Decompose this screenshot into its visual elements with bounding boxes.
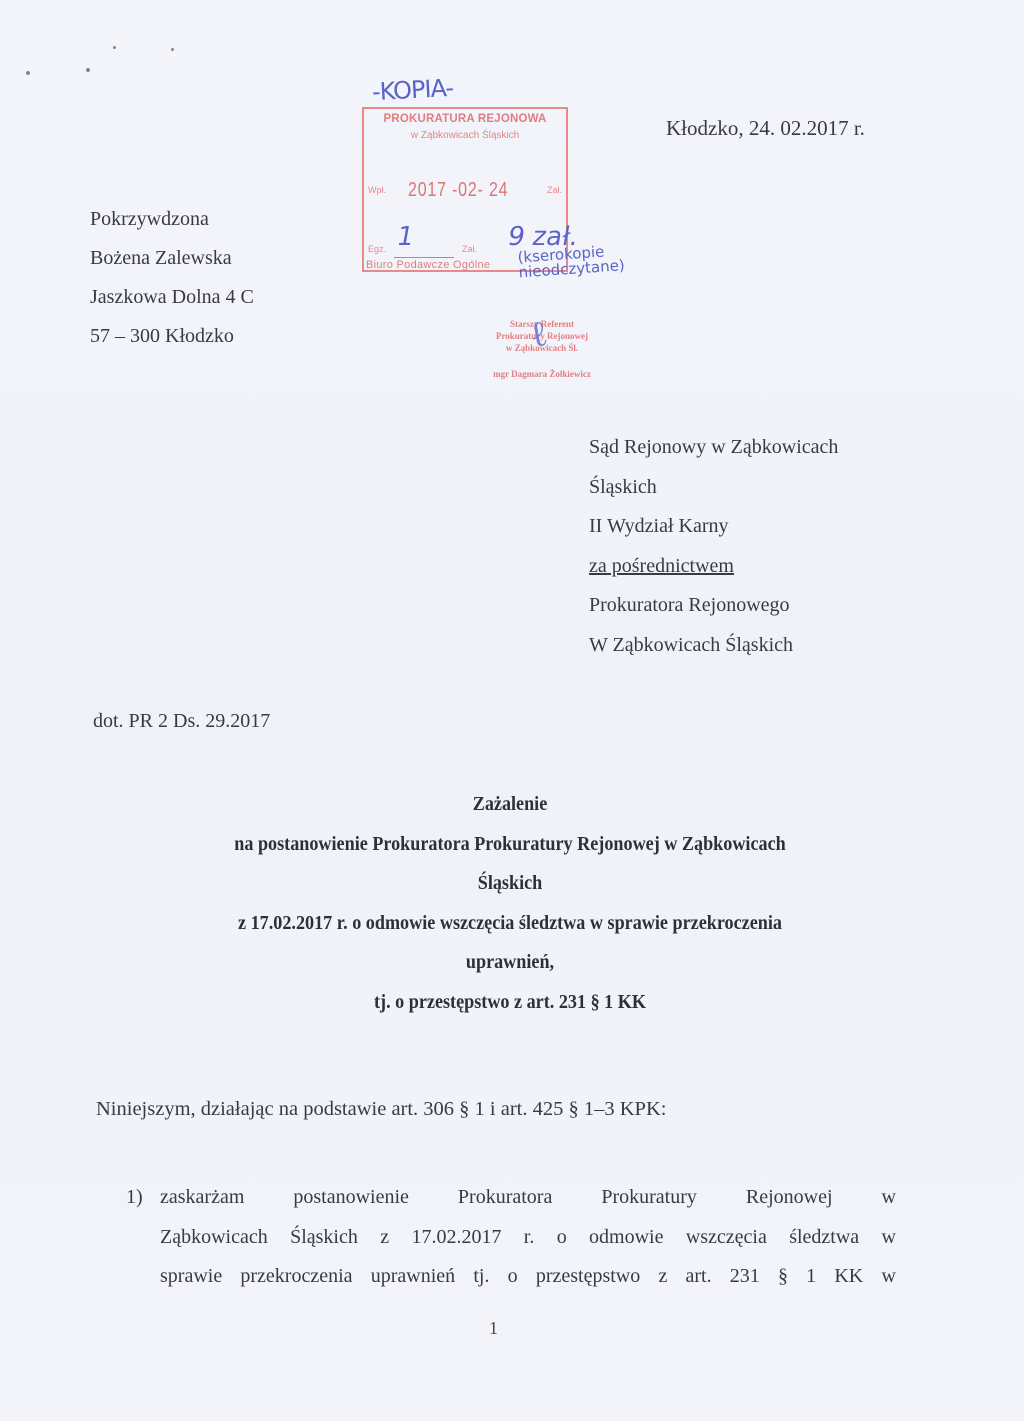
recipient-line: Śląskich xyxy=(589,468,838,508)
word: w xyxy=(882,1178,896,1218)
title-line: uprawnień, xyxy=(129,943,892,983)
list-item-line: zaskarżampostanowienieProkuratoraProkura… xyxy=(160,1178,896,1218)
scanned-page: -KOPIA- PROKURATURA REJONOWA w Ząbkowica… xyxy=(0,0,1024,1421)
signature-stamp: Starszy Referent Prokuratury Rejonowej w… xyxy=(468,318,616,380)
copy-mark: -KOPIA- xyxy=(371,74,453,106)
scan-speck xyxy=(86,68,90,72)
intro-paragraph: Niniejszym, działając na podstawie art. … xyxy=(96,1098,666,1121)
sender-name: Bożena Zalewska xyxy=(90,239,254,278)
stamp-received-label: Wpł. xyxy=(368,185,386,195)
word: § xyxy=(778,1257,788,1297)
sender-city: 57 – 300 Kłodzko xyxy=(90,317,254,356)
word: o xyxy=(557,1218,567,1258)
word: przestępstwo xyxy=(536,1257,640,1297)
recipient-line: Prokuratora Rejonowego xyxy=(589,586,838,626)
title-line: tj. o przestępstwo z art. 231 § 1 KK xyxy=(129,983,892,1023)
stamp-received-date: 2017 -02- 24 xyxy=(408,179,508,202)
page-number: 1 xyxy=(489,1318,498,1339)
stamp-attachments-label: Zał. xyxy=(547,185,562,195)
scan-speck xyxy=(26,71,30,75)
signature-line: mgr Dagmara Żołkiewicz xyxy=(468,368,616,380)
word: tj. xyxy=(473,1257,489,1297)
stamp-attachments-label-2: Zał. xyxy=(462,244,477,254)
sender-street: Jaszkowa Dolna 4 C xyxy=(90,278,254,317)
word: z xyxy=(380,1218,389,1258)
word: odmowie xyxy=(589,1218,663,1258)
case-reference: dot. PR 2 Ds. 29.2017 xyxy=(93,710,270,733)
recipient-block: Sąd Rejonowy w Ząbkowicach Śląskich II W… xyxy=(589,428,838,665)
word: KK xyxy=(834,1257,863,1297)
numbered-list: 1) zaskarżampostanowienieProkuratoraProk… xyxy=(126,1178,896,1297)
word: Prokuratury xyxy=(601,1178,697,1218)
word: r. xyxy=(524,1218,535,1258)
word: przekroczenia xyxy=(240,1257,352,1297)
stamp-subtitle: w Ząbkowicach Śląskich xyxy=(364,130,566,141)
word: w xyxy=(881,1257,895,1297)
word: z xyxy=(658,1257,667,1297)
recipient-line: W Ząbkowicach Śląskich xyxy=(589,626,838,666)
word: Ząbkowicach xyxy=(160,1218,268,1258)
list-item-number: 1) xyxy=(126,1178,143,1218)
title-line: Zażalenie xyxy=(129,785,892,825)
word: śledztwa xyxy=(789,1218,859,1258)
stamp-office: Biuro Podawcze Ogólne xyxy=(366,259,490,271)
word: Prokuratora xyxy=(458,1178,552,1218)
scan-speck xyxy=(113,46,116,49)
word: 231 xyxy=(730,1257,760,1297)
word: 17.02.2017 xyxy=(411,1218,501,1258)
word: art. xyxy=(686,1257,712,1297)
word: sprawie xyxy=(160,1257,222,1297)
word: uprawnień xyxy=(371,1257,455,1297)
word: zaskarżam xyxy=(160,1178,244,1218)
word: Śląskich xyxy=(290,1218,358,1258)
word: o xyxy=(508,1257,518,1297)
list-item: 1) zaskarżampostanowienieProkuratoraProk… xyxy=(126,1178,896,1297)
list-item-line: ZąbkowicachŚląskichz17.02.2017r.oodmowie… xyxy=(160,1218,896,1258)
document-title: Zażalenie na postanowienie Prokuratora P… xyxy=(129,785,892,1022)
title-line: z 17.02.2017 r. o odmowie wszczęcia śled… xyxy=(129,904,892,944)
stamp-copies-label: Egz. xyxy=(368,244,386,254)
title-line: Śląskich xyxy=(129,864,892,904)
word: w xyxy=(882,1218,896,1258)
handwritten-note: (kserokopie nieodczytane) xyxy=(517,242,649,281)
sender-role: Pokrzywdzona xyxy=(90,200,254,239)
word: Rejonowej xyxy=(746,1178,833,1218)
stamp-copies-line xyxy=(394,257,454,258)
scan-speck xyxy=(171,48,174,51)
word: postanowienie xyxy=(293,1178,409,1218)
list-item-body: zaskarżampostanowienieProkuratoraProkura… xyxy=(160,1178,896,1297)
list-item-line: sprawieprzekroczeniauprawnieńtj.oprzestę… xyxy=(160,1257,896,1297)
word: wszczęcia xyxy=(686,1218,767,1258)
word: 1 xyxy=(806,1257,816,1297)
recipient-line: II Wydział Karny xyxy=(589,507,838,547)
signature-scribble-icon: ℓ xyxy=(529,327,548,342)
recipient-line-underlined: za pośrednictwem xyxy=(589,547,838,587)
stamp-title: PROKURATURA REJONOWA xyxy=(364,113,566,125)
place-date: Kłodzko, 24. 02.2017 r. xyxy=(666,116,865,141)
recipient-line: Sąd Rejonowy w Ząbkowicach xyxy=(589,428,838,468)
title-line: na postanowienie Prokuratora Prokuratury… xyxy=(129,825,892,865)
sender-block: Pokrzywdzona Bożena Zalewska Jaszkowa Do… xyxy=(90,200,254,356)
